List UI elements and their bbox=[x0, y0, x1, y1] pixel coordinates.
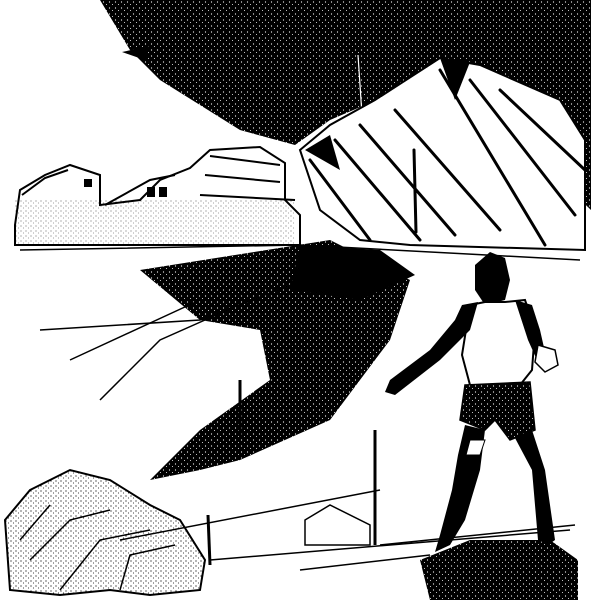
ink-illustration bbox=[0, 0, 591, 602]
runner bbox=[385, 252, 578, 600]
hillside-houses bbox=[15, 147, 300, 245]
shrub bbox=[5, 470, 205, 595]
